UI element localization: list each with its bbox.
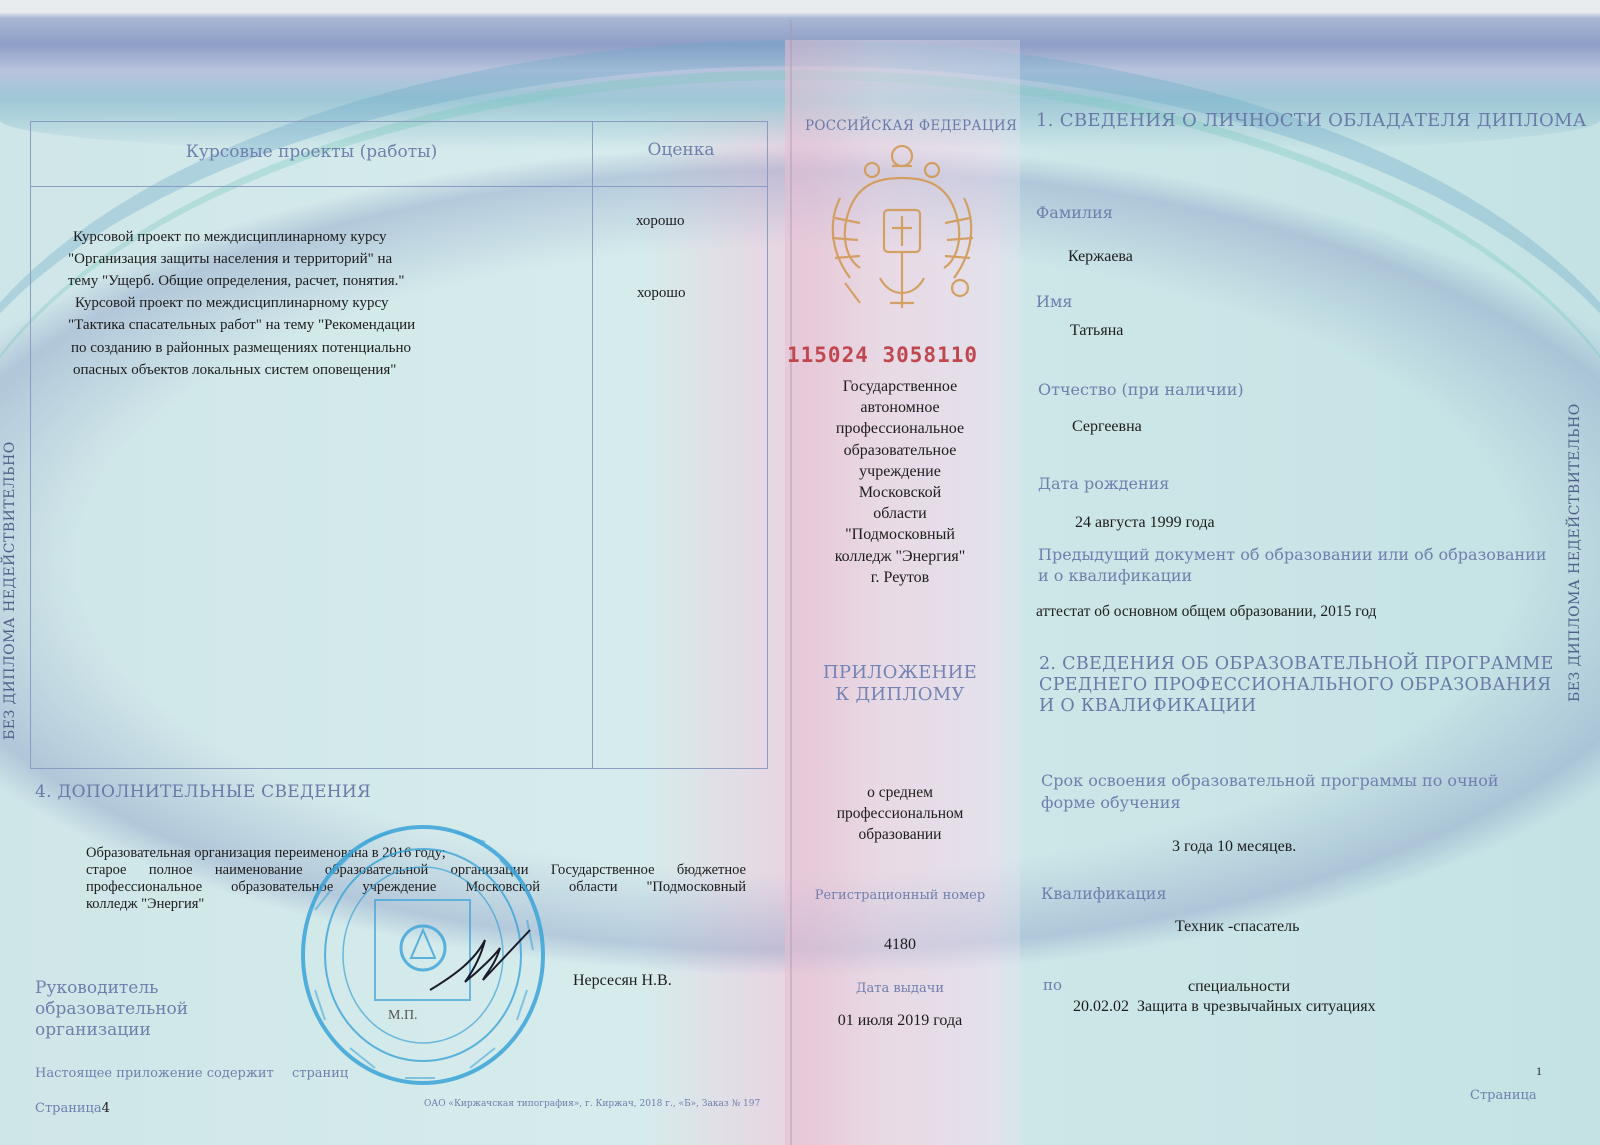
institution-name: Государственное автономное профессиональ… xyxy=(800,376,1000,588)
side-notice-right: БЕЗ ДИПЛОМА НЕДЕЙСТВИТЕЛЬНО xyxy=(1567,403,1583,702)
duration-label-line: Срок освоения образовательной программы … xyxy=(1041,770,1499,792)
specialty-word: специальности xyxy=(1188,978,1290,996)
grade-value: хорошо xyxy=(637,285,685,302)
previous-document-label-line: и о квалификации xyxy=(1038,565,1546,586)
section-4-heading: 4. ДОПОЛНИТЕЛЬНЫЕ СВЕДЕНИЯ xyxy=(35,782,371,802)
side-notice-left: БЕЗ ДИПЛОМА НЕДЕЙСТВИТЕЛЬНО xyxy=(2,441,18,740)
specialty-value: 20.02.02 Защита в чрезвычайных ситуациях xyxy=(1073,998,1376,1016)
additional-info-line: колледж "Энергия" xyxy=(86,896,204,913)
previous-document-label-line: Предыдущий документ об образовании или о… xyxy=(1038,544,1546,565)
by-label: по xyxy=(1043,976,1062,994)
institution-line: автономное xyxy=(800,397,1000,418)
section-2-heading: 2. СВЕДЕНИЯ ОБ ОБРАЗОВАТЕЛЬНОЙ ПРОГРАММЕ… xyxy=(1039,654,1554,717)
institution-line: образовательное xyxy=(800,440,1000,461)
institution-line: "Подмосковный xyxy=(800,524,1000,545)
diploma-supplement-spread: БЕЗ ДИПЛОМА НЕДЕЙСТВИТЕЛЬНО БЕЗ ДИПЛОМА … xyxy=(0,0,1600,1145)
course-text: по созданию в районных размещениях потен… xyxy=(71,340,411,357)
page-number: 4 xyxy=(102,1101,110,1116)
institution-line: профессиональное xyxy=(800,418,1000,439)
head-label-line: организации xyxy=(35,1020,188,1041)
education-level-line: образовании xyxy=(800,824,1000,845)
course-text: Курсовой проект по междисциплинарному ку… xyxy=(75,295,388,312)
head-label-line: образовательной xyxy=(35,999,188,1020)
institution-line: учреждение xyxy=(800,461,1000,482)
course-text: опасных объектов локальных систем оповещ… xyxy=(73,362,396,379)
issue-date-label: Дата выдачи xyxy=(800,981,1000,996)
duration-label: Срок освоения образовательной программы … xyxy=(1041,770,1499,814)
surname-label: Фамилия xyxy=(1036,203,1113,222)
head-label: Руководитель образовательной организации xyxy=(35,978,188,1041)
qualification-value: Техник -спасатель xyxy=(1175,918,1299,936)
pages-note: Настоящее приложение содержит xyxy=(35,1066,274,1081)
birth-date-label: Дата рождения xyxy=(1038,474,1169,493)
column-header-grade: Оценка xyxy=(593,140,769,160)
section-2-heading-line: СРЕДНЕГО ПРОФЕССИОНАЛЬНОГО ОБРАЗОВАНИЯ xyxy=(1039,675,1554,696)
column-divider xyxy=(592,122,593,768)
registration-number: 4180 xyxy=(800,936,1000,954)
serial-number: 115024 3058110 xyxy=(787,343,978,367)
supplement-title-line: К ДИПЛОМУ xyxy=(800,684,1000,706)
institution-line: области xyxy=(800,503,1000,524)
duration-label-line: форме обучения xyxy=(1041,792,1499,814)
page-label: Страница xyxy=(1470,1088,1537,1103)
institution-line: Московской xyxy=(800,482,1000,503)
institution-line: Государственное xyxy=(800,376,1000,397)
institution-line: колледж "Энергия" xyxy=(800,546,1000,567)
duration-value: 3 года 10 месяцев. xyxy=(1172,838,1296,856)
registration-label: Регистрационный номер xyxy=(800,888,1000,903)
birth-date-value: 24 августа 1999 года xyxy=(1075,514,1215,532)
head-name: Нерсесян Н.В. xyxy=(573,972,672,990)
issue-date: 01 июля 2019 года xyxy=(800,1012,1000,1030)
course-text: "Организация защиты населения и территор… xyxy=(68,251,392,268)
name-label: Имя xyxy=(1036,292,1073,311)
country-title: РОССИЙСКАЯ ФЕДЕРАЦИЯ xyxy=(805,118,1017,134)
section-1-heading: 1. СВЕДЕНИЯ О ЛИЧНОСТИ ОБЛАДАТЕЛЯ ДИПЛОМ… xyxy=(1036,110,1587,131)
coat-of-arms-icon xyxy=(820,138,985,318)
course-text: "Тактика спасательных работ" на тему "Ре… xyxy=(68,317,415,334)
page-label-text: Страница xyxy=(35,1101,102,1116)
stamp-mark: М.П. xyxy=(388,1008,418,1024)
table-header: Курсовые проекты (работы) Оценка xyxy=(31,122,767,187)
page-number: 1 xyxy=(1536,1064,1542,1079)
pages-word: страниц xyxy=(292,1066,348,1081)
printer-imprint: ОАО «Киржачская типография», г. Киржач, … xyxy=(424,1099,760,1109)
page-label: Страница4 xyxy=(35,1101,110,1116)
section-2-heading-line: И О КВАЛИФИКАЦИИ xyxy=(1039,696,1554,717)
previous-document-label: Предыдущий документ об образовании или о… xyxy=(1038,544,1546,586)
supplement-title-line: ПРИЛОЖЕНИЕ xyxy=(800,662,1000,684)
column-header-coursework: Курсовые проекты (работы) xyxy=(31,142,592,162)
signature-icon xyxy=(425,920,535,1000)
education-level-line: профессиональном xyxy=(800,803,1000,824)
institution-line: г. Реутов xyxy=(800,567,1000,588)
patronymic-value: Сергеевна xyxy=(1072,418,1142,436)
section-2-heading-line: 2. СВЕДЕНИЯ ОБ ОБРАЗОВАТЕЛЬНОЙ ПРОГРАММЕ xyxy=(1039,654,1554,675)
supplement-title: ПРИЛОЖЕНИЕ К ДИПЛОМУ xyxy=(800,662,1000,706)
education-level: о среднем профессиональном образовании xyxy=(800,782,1000,845)
patronymic-label: Отчество (при наличии) xyxy=(1038,380,1244,399)
grade-value: хорошо xyxy=(636,213,684,230)
course-text: Курсовой проект по междисциплинарному ку… xyxy=(73,229,386,246)
name-value: Татьяна xyxy=(1070,322,1123,340)
surname-value: Кержаева xyxy=(1068,248,1133,266)
head-label-line: Руководитель xyxy=(35,978,188,999)
previous-document-value: аттестат об основном общем образовании, … xyxy=(1036,603,1376,621)
page-fold xyxy=(790,20,792,1145)
qualification-label: Квалификация xyxy=(1041,884,1167,903)
coursework-table: Курсовые проекты (работы) Оценка Курсово… xyxy=(30,121,768,769)
course-text: тему "Ущерб. Общие определения, расчет, … xyxy=(68,273,405,290)
education-level-line: о среднем xyxy=(800,782,1000,803)
